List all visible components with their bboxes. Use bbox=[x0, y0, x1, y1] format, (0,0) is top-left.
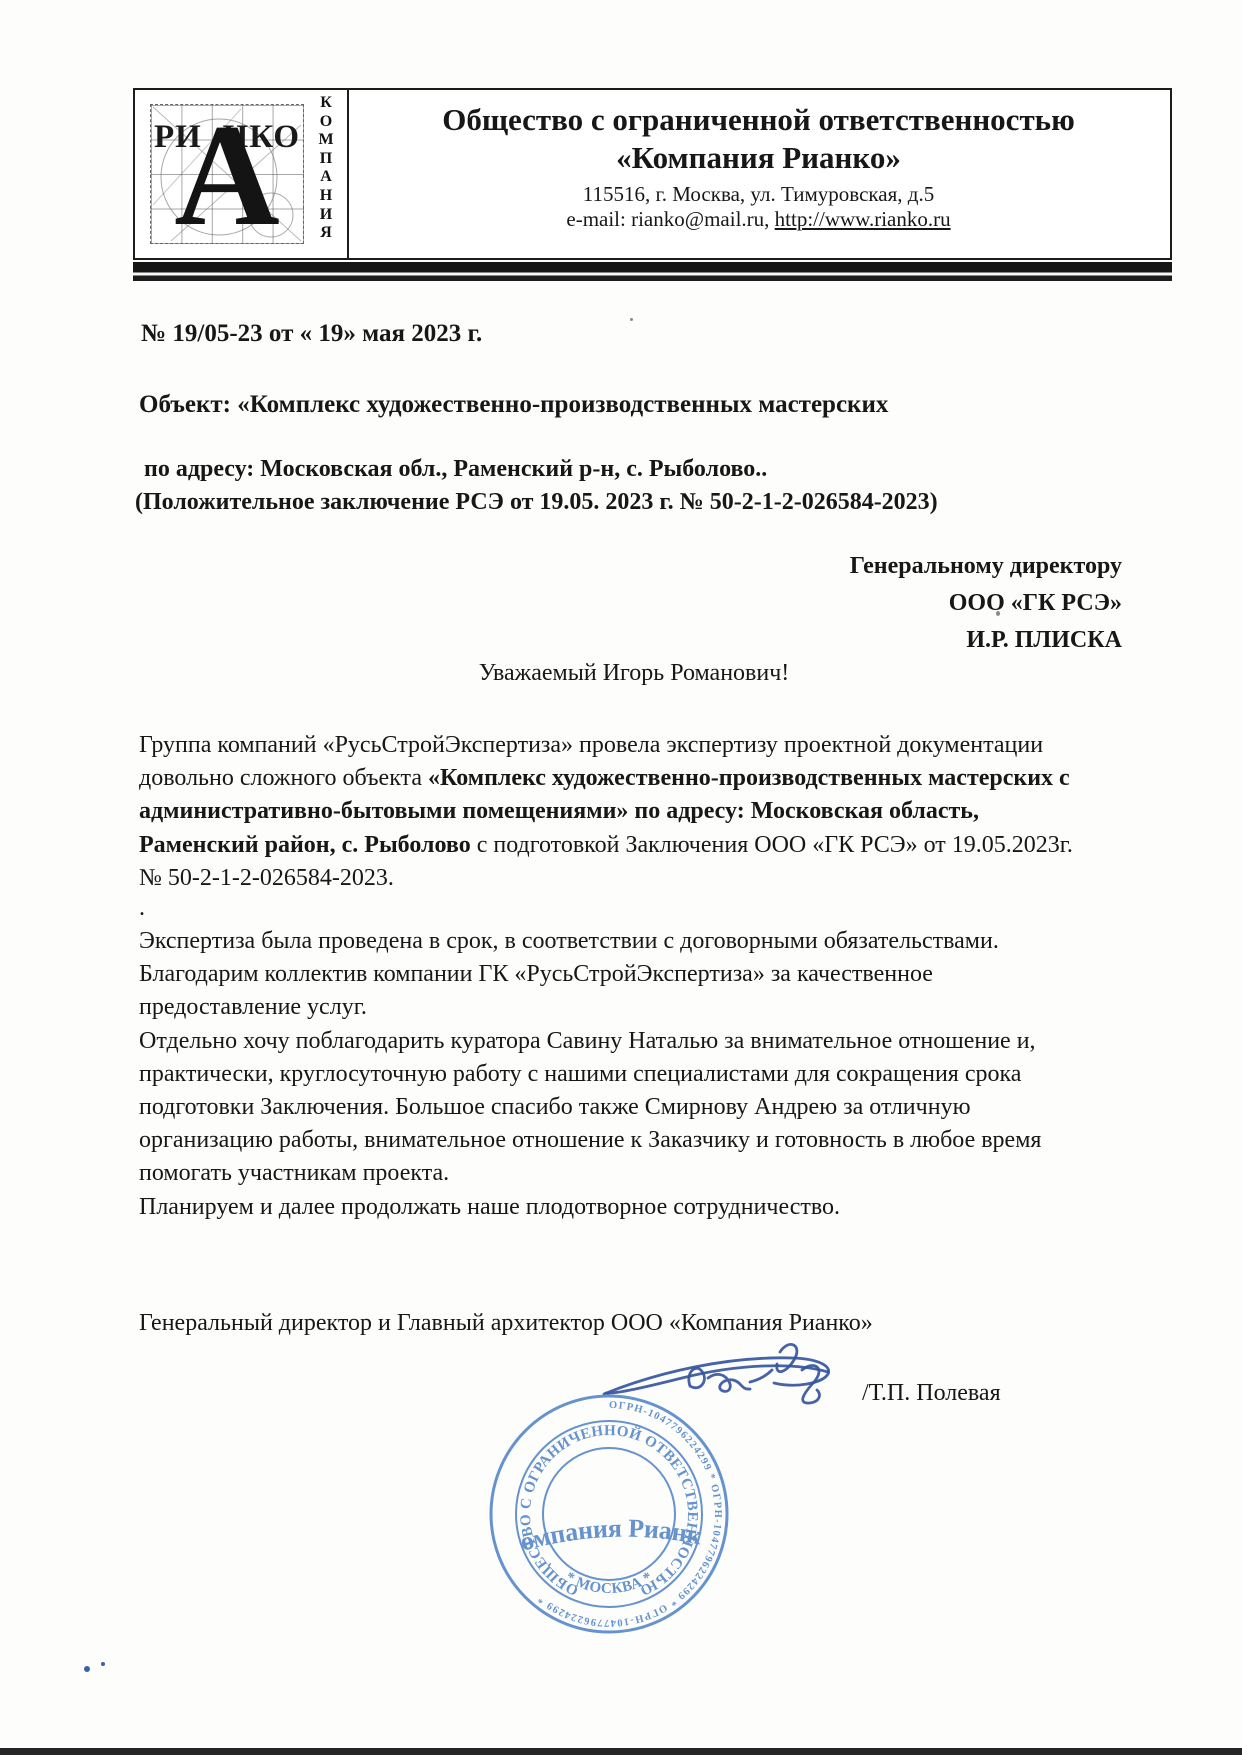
logo-vletter: Я bbox=[313, 224, 339, 243]
paragraph-line: подготовки Заключения. Большое спасибо т… bbox=[139, 1091, 1041, 1124]
logo-vletter: М bbox=[313, 131, 339, 150]
paragraph-line: Экспертиза была проведена в срок, в соот… bbox=[139, 925, 1041, 958]
recipient-title: Генеральному директору bbox=[702, 548, 1122, 585]
expert-conclusion-line: (Положительное заключение РСЭ от 19.05. … bbox=[135, 489, 938, 516]
paragraph-line: организацию работы, внимательное отношен… bbox=[139, 1124, 1041, 1157]
letterhead-divider-rule bbox=[133, 262, 1172, 281]
paragraph-line: № 50-2-1-2-026584-2023. bbox=[139, 862, 1073, 895]
letterhead-box: РИ НКО А К О М П А Н И Я Общество с огра… bbox=[133, 88, 1172, 260]
paragraph-line: практически, круглосуточную работу с наш… bbox=[139, 1058, 1041, 1091]
stray-period: . bbox=[139, 895, 145, 922]
recipient-name: И.Р. ПЛИСКА bbox=[702, 622, 1122, 659]
org-name-line1: Общество с ограниченной ответственностью bbox=[347, 102, 1170, 138]
logo-vletter: О bbox=[313, 113, 339, 132]
paragraph-line: Группа компаний «РусьСтройЭкспертиза» пр… bbox=[139, 729, 1073, 762]
paragraph-line: предоставление услуг. bbox=[139, 991, 1041, 1024]
paragraph-thanks: Экспертиза была проведена в срок, в соот… bbox=[139, 925, 1041, 1224]
org-website-link: http://www.rianko.ru bbox=[775, 207, 951, 231]
logo-vertical-kompaniya: К О М П А Н И Я bbox=[313, 94, 339, 243]
ink-dot bbox=[101, 1662, 105, 1666]
logo-vletter: А bbox=[313, 168, 339, 187]
logo-letter-a: А bbox=[151, 107, 303, 243]
text-run-bold: «Комплекс художественно-производственных… bbox=[428, 765, 1070, 791]
text-run: Группа компаний «РусьСтройЭкспертиза» пр… bbox=[139, 732, 1043, 758]
org-email-text: e-mail: rianko@mail.ru, bbox=[566, 207, 774, 231]
subject-line: Объект: «Комплекс художественно-производ… bbox=[139, 391, 888, 419]
paragraph-line: помогать участникам проекта. bbox=[139, 1157, 1041, 1190]
signoff-title-line: Генеральный директор и Главный архитекто… bbox=[139, 1310, 873, 1337]
paragraph-line: Благодарим коллектив компании ГК «РусьСт… bbox=[139, 958, 1041, 991]
paragraph-line: Отдельно хочу поблагодарить куратора Сав… bbox=[139, 1025, 1041, 1058]
letterhead-text: Общество с ограниченной ответственностью… bbox=[347, 90, 1170, 258]
scanned-letter-page: РИ НКО А К О М П А Н И Я Общество с огра… bbox=[0, 0, 1242, 1755]
logo-vletter: К bbox=[313, 94, 339, 113]
signoff-name: /Т.П. Полевая bbox=[862, 1380, 1001, 1407]
ink-dot bbox=[84, 1666, 90, 1672]
reference-number-line: № 19/05-23 от « 19» мая 2023 г. bbox=[141, 320, 482, 348]
text-run-bold: административно-бытовыми помещениями» по… bbox=[139, 798, 979, 824]
logo-construction-grid: РИ НКО А bbox=[150, 104, 304, 244]
paragraph-line: Раменский район, с. Рыболово с подготовк… bbox=[139, 829, 1073, 862]
scan-speck bbox=[630, 318, 633, 321]
salutation: Уважаемый Игорь Романович! bbox=[139, 660, 1129, 687]
company-round-stamp: ОГРН-1047796224299 * ОГРН-1047796224299 … bbox=[486, 1391, 732, 1637]
paragraph-expertise: Группа компаний «РусьСтройЭкспертиза» пр… bbox=[139, 729, 1073, 895]
logo-vletter: И bbox=[313, 206, 339, 225]
recipient-company: ООО «ГК РСЭ» bbox=[702, 585, 1122, 622]
paragraph-line: довольно сложного объекта «Комплекс худо… bbox=[139, 762, 1073, 795]
stamp-center-text: "Компания Рианко" bbox=[486, 1391, 704, 1557]
logo-vletter: П bbox=[313, 150, 339, 169]
text-run: с подготовкой Заключения ООО «ГК РСЭ» от… bbox=[477, 832, 1073, 858]
org-postal-address: 115516, г. Москва, ул. Тимуровская, д.5 bbox=[347, 182, 1170, 207]
text-run: довольно сложного объекта bbox=[139, 765, 428, 791]
paragraph-line: административно-бытовыми помещениями» по… bbox=[139, 795, 1073, 828]
org-name-line2: «Компания Рианко» bbox=[347, 140, 1170, 176]
recipient-block: Генеральному директору ООО «ГК РСЭ» И.Р.… bbox=[702, 548, 1122, 659]
object-address-line: по адресу: Московская обл., Раменский р-… bbox=[144, 456, 767, 483]
scan-bottom-edge bbox=[0, 1748, 1242, 1755]
stamp-org-ring-text: ОБЩЕСТВО С ОГРАНИЧЕННОЙ ОТВЕТСТВЕННОСТЬЮ bbox=[518, 1423, 700, 1598]
scan-speck bbox=[996, 611, 1000, 616]
org-contacts-line: e-mail: rianko@mail.ru, http://www.riank… bbox=[347, 207, 1170, 232]
paragraph-line: Планируем и далее продолжать наше плодот… bbox=[139, 1191, 1041, 1224]
text-run: № 50-2-1-2-026584-2023. bbox=[139, 865, 394, 891]
text-run-bold: Раменский район, с. Рыболово bbox=[139, 832, 477, 858]
logo-vletter: Н bbox=[313, 187, 339, 206]
company-logo: РИ НКО А К О М П А Н И Я bbox=[135, 90, 349, 258]
